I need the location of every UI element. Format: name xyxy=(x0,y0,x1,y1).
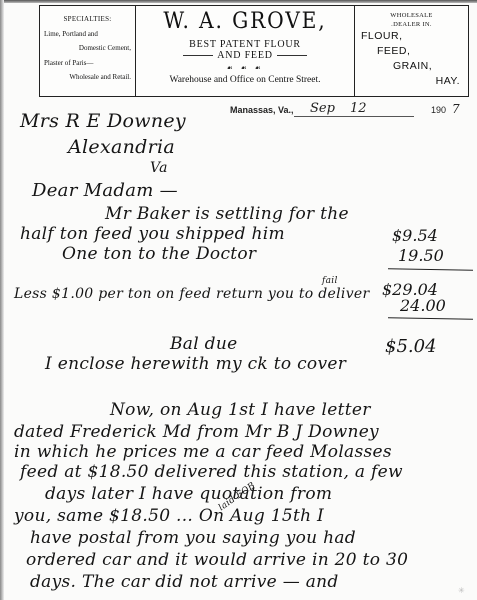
tagline-2: AND FEED xyxy=(217,50,273,61)
letter-line: feed at $18.50 delivered this station, a… xyxy=(20,462,403,482)
interlinear-fail: fail xyxy=(322,276,338,286)
scan-edge-top xyxy=(0,0,477,3)
specialty-line: Lime, Portland and xyxy=(44,27,131,42)
ornament-icon: ☙ ☙ ☙ xyxy=(136,64,354,72)
letter-line: in which he prices me a car feed Molasse… xyxy=(14,442,392,462)
amount-half-ton: $9.54 xyxy=(392,226,438,245)
divider xyxy=(277,55,307,56)
business-address: Warehouse and Office on Centre Street. xyxy=(136,75,354,85)
dateline-place: Manassas, Va., xyxy=(230,105,294,115)
letter-line: days. The car did not arrive — and xyxy=(30,572,339,592)
sum-rule xyxy=(388,268,473,271)
letter-line: I enclose herewith my ck to cover xyxy=(45,354,346,374)
specialty-line: Plaster of Paris— xyxy=(44,56,131,71)
date-year-suffix: 7 xyxy=(452,102,460,116)
specialties-panel: SPECIALTIES: Lime, Portland and Domestic… xyxy=(40,6,136,96)
letter-line: you, same $18.50 ... On Aug 15th I xyxy=(14,506,324,526)
difference-rule xyxy=(388,317,473,320)
date-year-prefix: 190 xyxy=(431,105,446,115)
business-name: W. A. GROVE, xyxy=(145,10,346,34)
product-feed: FEED, xyxy=(361,44,462,59)
letter-line: ordered car and it would arrive in 20 to… xyxy=(26,550,408,570)
letter-line: days later I have quotation from xyxy=(45,484,332,504)
dateline: Manassas, Va., Sep 12 190 7 xyxy=(230,105,470,121)
letterhead: SPECIALTIES: Lime, Portland and Domestic… xyxy=(39,5,469,97)
scan-edge-left xyxy=(0,0,4,600)
product-flour: FLOUR, xyxy=(361,29,462,44)
amount-one-ton: 19.50 xyxy=(398,246,444,265)
divider xyxy=(183,55,213,56)
product-hay: HAY. xyxy=(361,74,462,89)
amount-less: 24.00 xyxy=(400,296,446,315)
dealer-panel: WHOLESALE .DEALER IN. FLOUR, FEED, GRAIN… xyxy=(355,6,468,96)
dealer-line-1: WHOLESALE xyxy=(361,11,462,20)
date-month: Sep xyxy=(310,101,335,116)
letter-line: dated Frederick Md from Mr B J Downey xyxy=(14,422,379,442)
letter-line: One ton to the Doctor xyxy=(62,244,256,264)
balance-label: Bal due xyxy=(170,334,237,354)
recipient-name: Mrs R E Downey xyxy=(20,110,186,132)
letter-line: Mr Baker is settling for the xyxy=(105,204,349,224)
date-day: 12 xyxy=(350,101,367,116)
product-grain: GRAIN, xyxy=(361,59,462,74)
specialty-line: Wholesale and Retail. xyxy=(44,70,131,85)
letter-line: half ton feed you shipped him xyxy=(20,224,285,244)
page-marker-icon: ✳ xyxy=(458,586,465,595)
specialty-line: Domestic Cement, xyxy=(44,41,131,56)
tagline-2-row: AND FEED xyxy=(136,50,354,61)
recipient-city: Alexandria xyxy=(68,136,175,158)
letter-line: Less $1.00 per ton on feed return you to… xyxy=(14,286,369,302)
letter-line: Now, on Aug 1st I have letter xyxy=(110,400,371,420)
letter-line: have postal from you saying you had xyxy=(30,528,356,548)
business-panel: W. A. GROVE, BEST PATENT FLOUR AND FEED … xyxy=(136,6,355,96)
salutation: Dear Madam — xyxy=(32,180,178,201)
dealer-line-2: .DEALER IN. xyxy=(361,20,462,29)
tagline-1: BEST PATENT FLOUR xyxy=(136,39,354,50)
amount-balance: $5.04 xyxy=(385,336,437,357)
specialties-title: SPECIALTIES: xyxy=(44,12,131,27)
date-underline xyxy=(294,116,414,117)
recipient-state: Va xyxy=(150,160,168,176)
